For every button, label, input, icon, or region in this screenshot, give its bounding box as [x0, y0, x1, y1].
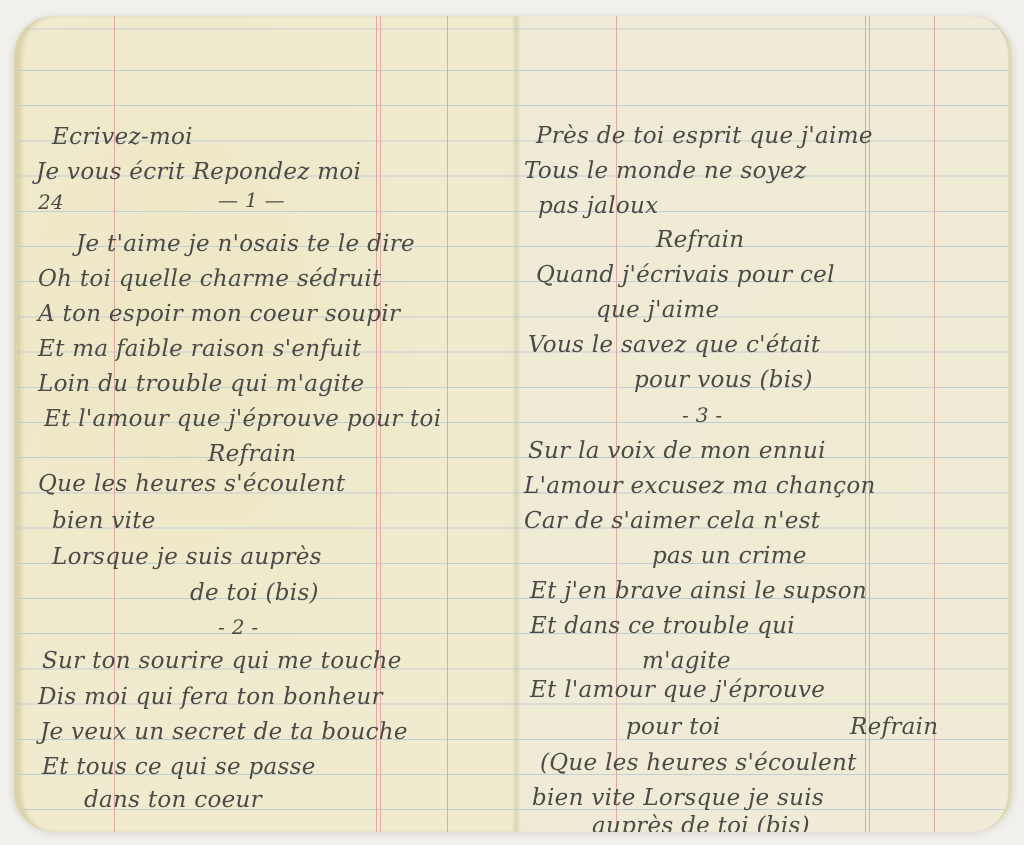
text-line: dans ton coeur: [84, 786, 262, 814]
verse-number: - 2 -: [218, 613, 258, 641]
text-line: bien vite Lorsque je suis: [532, 784, 824, 812]
heading-line: Ecrivez-moi: [52, 123, 193, 151]
text-line: Et l'amour que j'éprouve: [530, 676, 825, 704]
text-line: bien vite: [52, 507, 156, 535]
open-notebook: Ecrivez-moi Je vous écrit Repondez moi 2…: [14, 16, 1012, 832]
text-line: Quand j'écrivais pour cel: [536, 261, 835, 289]
text-line: Près de toi esprit que j'aime: [536, 122, 873, 150]
text-line: Et ma faible raison s'enfuit: [38, 335, 361, 363]
text-line: Lorsque je suis auprès: [52, 543, 322, 571]
refrain-heading: Refrain: [850, 713, 938, 741]
refrain-heading: Refrain: [208, 440, 296, 468]
text-line: de toi (bis): [190, 579, 319, 607]
text-line: m'agite: [642, 647, 731, 675]
text-line: pour vous (bis): [634, 366, 813, 394]
text-line: auprès de toi (bis): [592, 812, 810, 832]
text-line: L'amour excusez ma chançon: [524, 472, 876, 500]
text-line: Je t'aime je n'osais te le dire: [76, 230, 415, 258]
text-line: Car de s'aimer cela n'est: [524, 507, 820, 535]
text-line: Et dans ce trouble qui: [530, 612, 795, 640]
text-line: Loin du trouble qui m'agite: [38, 370, 364, 398]
text-line: que j'aime: [596, 296, 719, 324]
text-line: Sur ton sourire qui me touche: [42, 647, 402, 675]
text-line: Que les heures s'écoulent: [38, 470, 345, 498]
text-line: Et j'en brave ainsi le supson: [530, 577, 867, 605]
text-line: Et l'amour que j'éprouve pour toi: [44, 405, 441, 433]
text-line: pas jaloux: [538, 192, 658, 220]
text-line: Oh toi quelle charme sédruit: [38, 265, 382, 293]
page-number: 24: [38, 188, 64, 216]
left-page-text: Ecrivez-moi Je vous écrit Repondez moi 2…: [18, 16, 516, 832]
right-page-text: Près de toi esprit que j'aime Tous le mo…: [516, 16, 1008, 832]
text-line: A ton espoir mon coeur soupir: [38, 300, 400, 328]
text-line: Vous le savez que c'était: [528, 331, 820, 359]
left-page: Ecrivez-moi Je vous écrit Repondez moi 2…: [14, 16, 516, 832]
text-line: (Que les heures s'écoulent: [540, 749, 857, 777]
refrain-heading: Refrain: [656, 226, 744, 254]
text-line: Dis moi qui fera ton bonheur: [38, 683, 383, 711]
text-line: Et tous ce qui se passe: [42, 753, 316, 781]
text-line: pour toi: [626, 713, 721, 741]
text-line: pas un crime: [652, 542, 807, 570]
right-page: Près de toi esprit que j'aime Tous le mo…: [516, 16, 1012, 832]
text-line: Je vous écrit Repondez moi: [36, 158, 361, 186]
text-line: Tous le monde ne soyez: [524, 157, 806, 185]
text-line: Je veux un secret de ta bouche: [40, 718, 408, 746]
text-line: Sur la voix de mon ennui: [528, 437, 826, 465]
verse-number: — 1 —: [218, 186, 285, 214]
verse-number: - 3 -: [682, 401, 722, 429]
